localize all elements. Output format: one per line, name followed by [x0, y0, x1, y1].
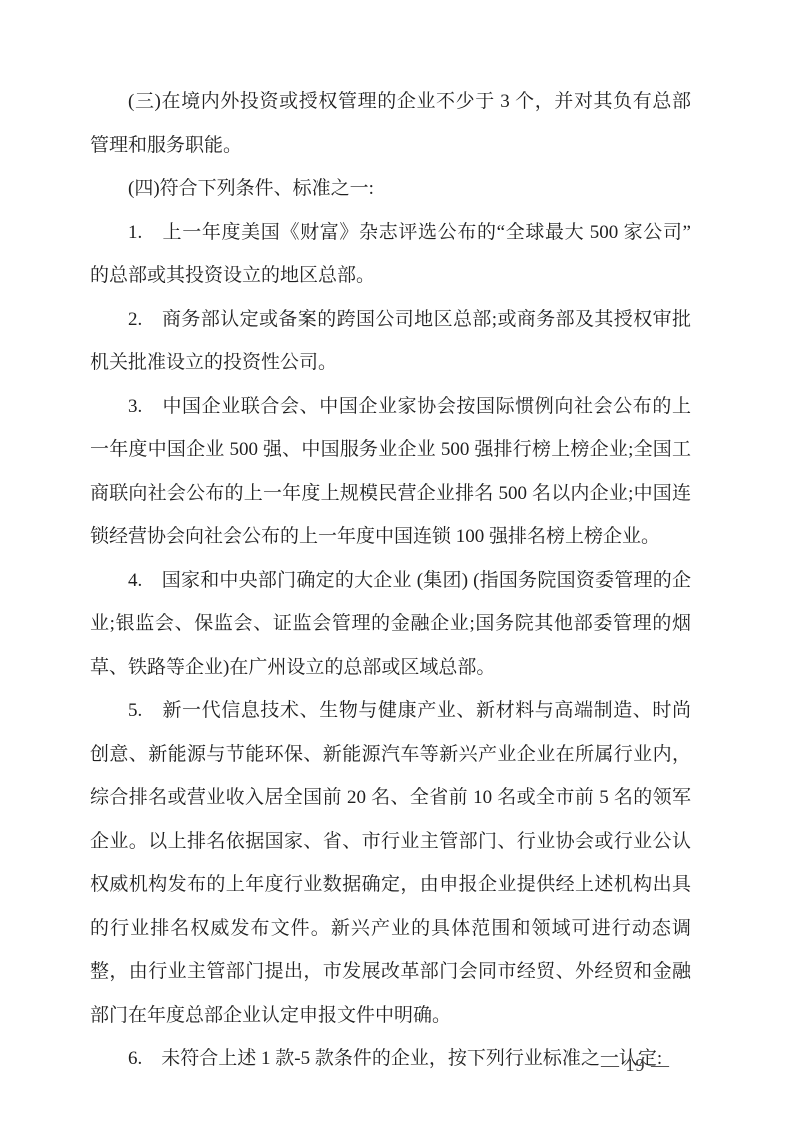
clause-4-heading: (四)符合下列条件、标准之一: [90, 167, 691, 211]
document-page: (三)在境内外投资或授权管理的企业不少于 3 个，并对其负有总部管理和服务职能。… [0, 0, 794, 1123]
item-2-paragraph: 2. 商务部认定或备案的跨国公司地区总部;或商务部及其授权审批机关批准设立的投资… [90, 298, 691, 385]
item-4-paragraph: 4. 国家和中央部门确定的大企业 (集团) (指国务院国资委管理的企业;银监会、… [90, 559, 691, 690]
clause-3-paragraph: (三)在境内外投资或授权管理的企业不少于 3 个，并对其负有总部管理和服务职能。 [90, 80, 691, 167]
item-3-paragraph: 3. 中国企业联合会、中国企业家协会按国际惯例向社会公布的上一年度中国企业 50… [90, 385, 691, 559]
page-footer: — 19 — [601, 1053, 670, 1077]
item-5-paragraph: 5. 新一代信息技术、生物与健康产业、新材料与高端制造、时尚创意、新能源与节能环… [90, 689, 691, 1037]
item-1-paragraph: 1. 上一年度美国《财富》杂志评选公布的“全球最大 500 家公司”的总部或其投… [90, 211, 691, 298]
page-number: — 19 — [601, 1055, 670, 1075]
document-body: (三)在境内外投资或授权管理的企业不少于 3 个，并对其负有总部管理和服务职能。… [90, 80, 691, 1081]
